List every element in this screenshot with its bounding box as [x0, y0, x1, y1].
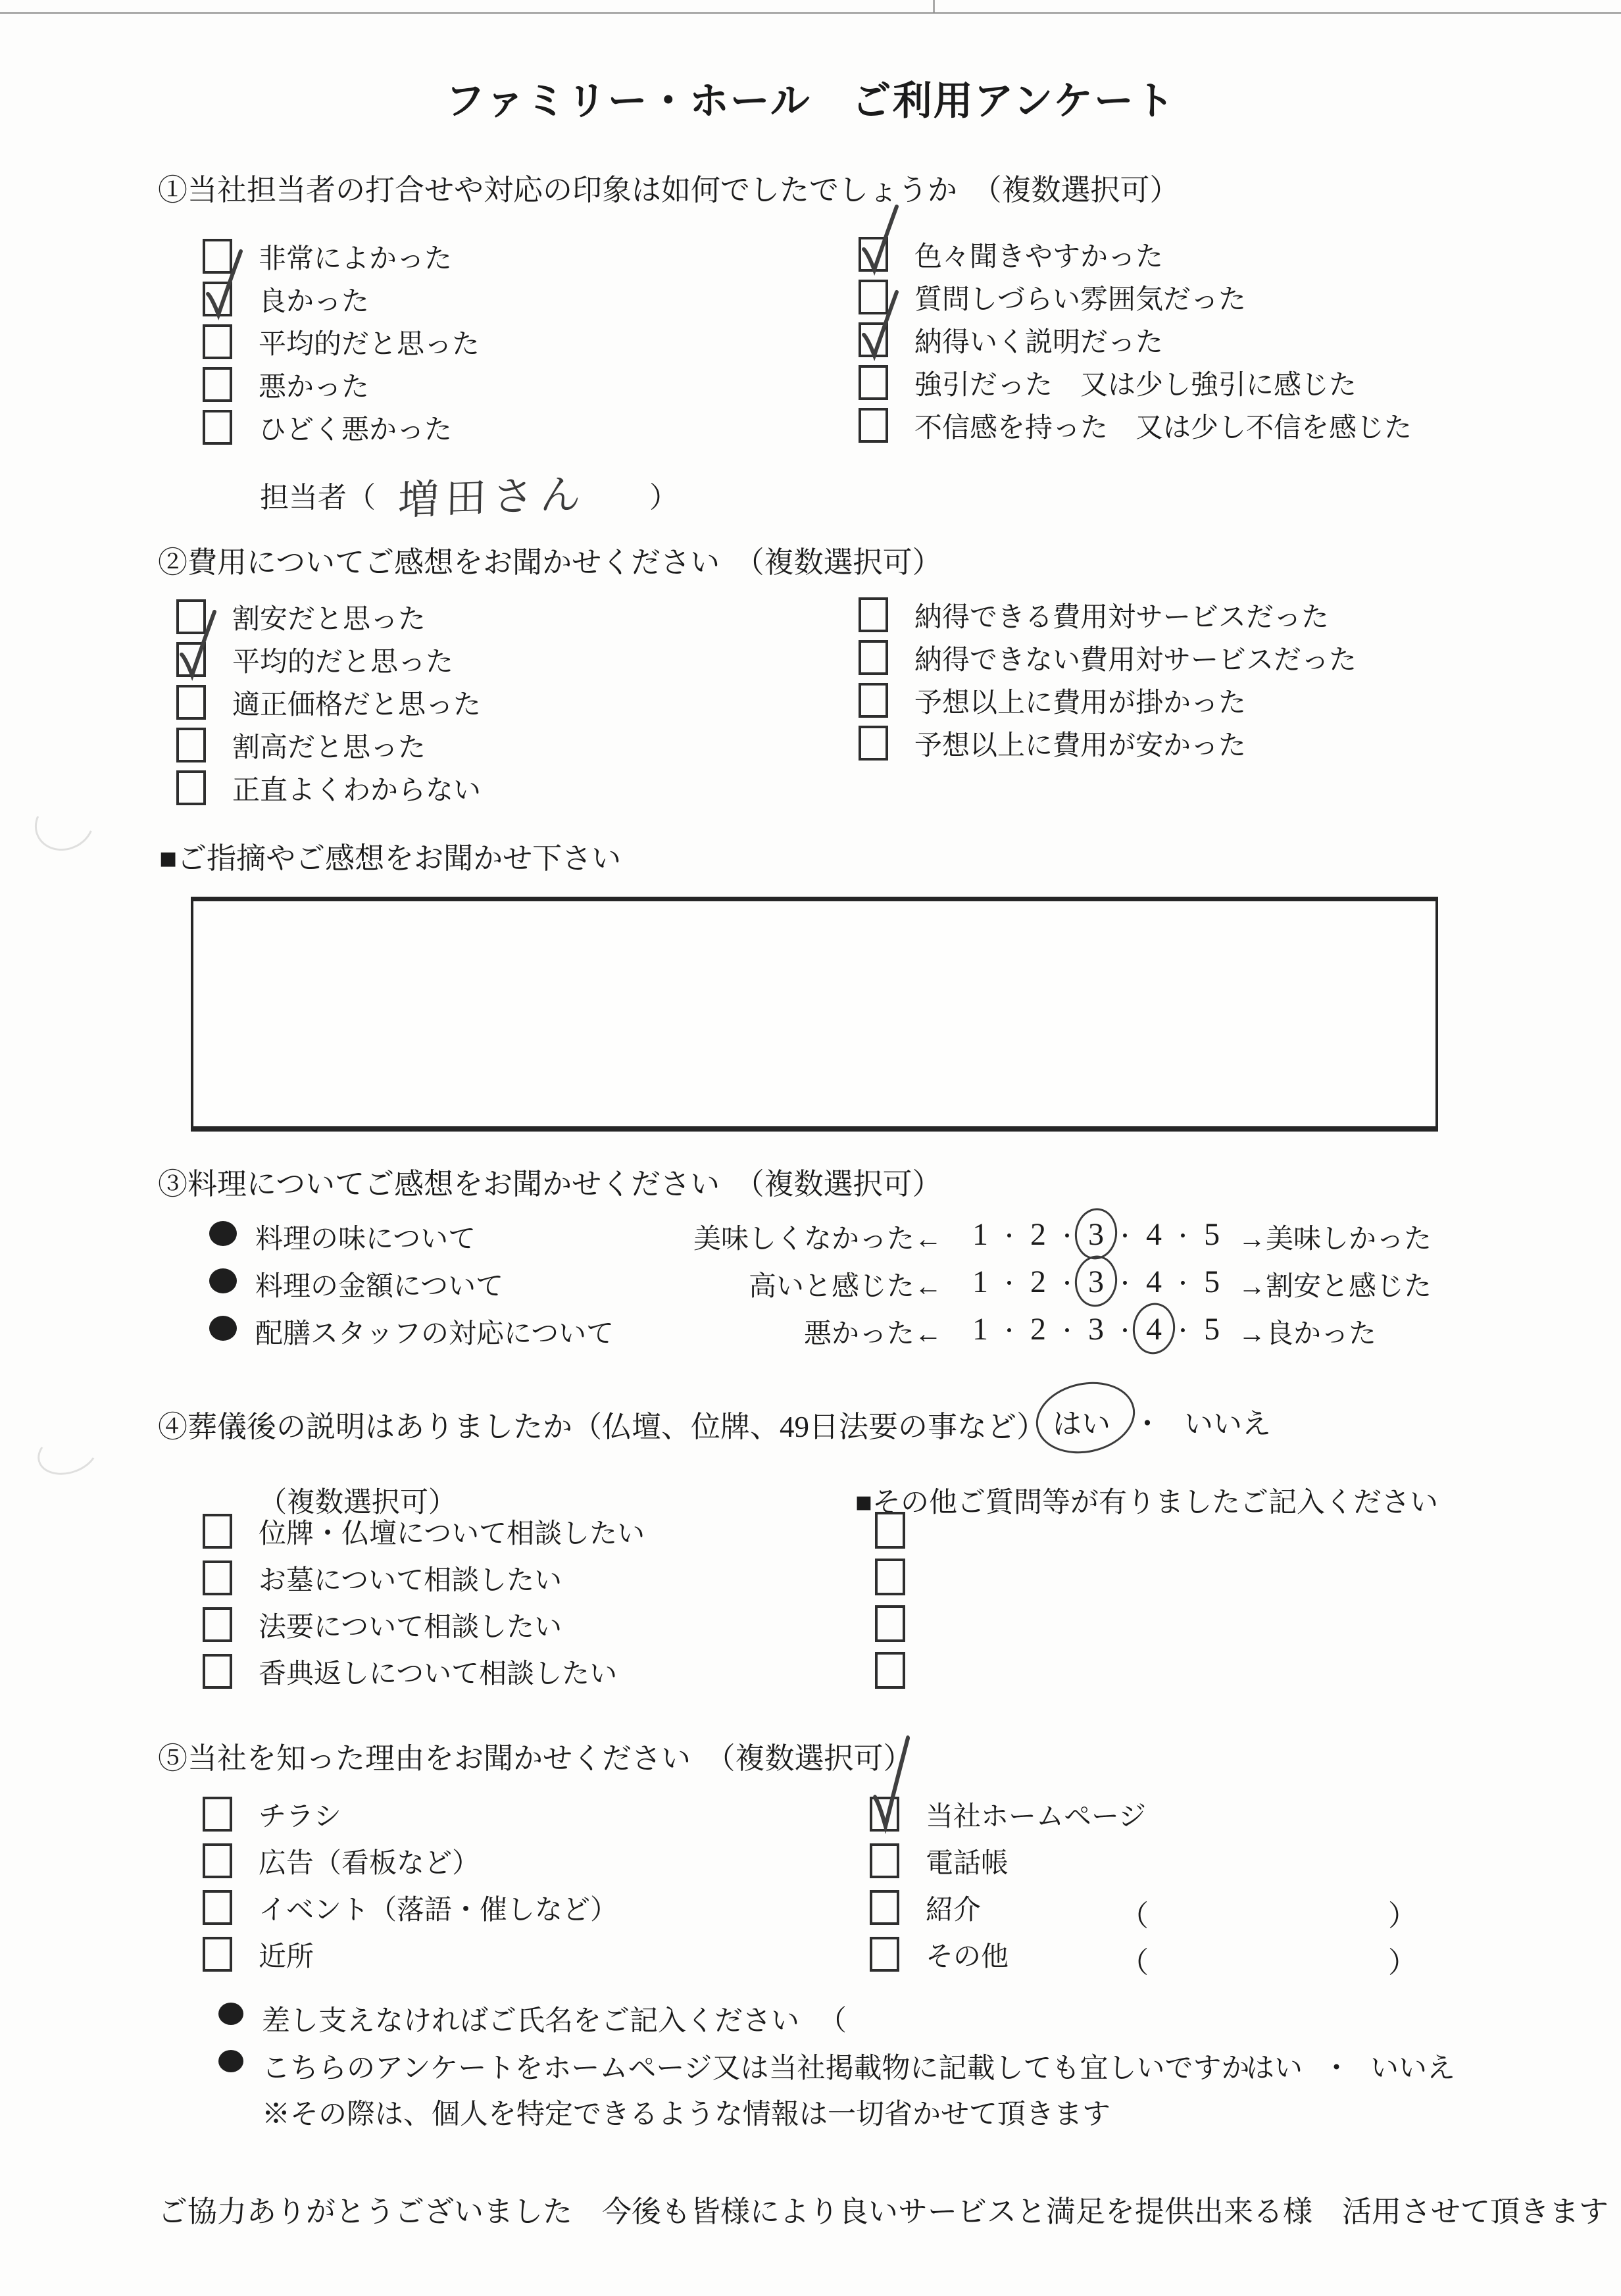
- publish-yes-option[interactable]: はい: [1246, 2046, 1303, 2086]
- option-row: 割高だと思った: [176, 724, 481, 766]
- checkbox[interactable]: [203, 1937, 232, 1972]
- rating-scale: 1・2・3・4・5: [972, 1212, 1220, 1258]
- staff-label: 担当者: [260, 482, 347, 514]
- option-row: 色々聞きやすかった: [859, 233, 1412, 276]
- handwritten-staff-name: 増田さん: [397, 461, 587, 526]
- option-label: その他: [926, 1935, 1009, 1974]
- checkbox[interactable]: [859, 237, 888, 272]
- paren-close: ）: [1388, 1892, 1417, 1934]
- rating-high-label: →美味しかった: [1238, 1217, 1432, 1257]
- comments-box[interactable]: [191, 897, 1438, 1132]
- q4-other-heading: ■その他ご質問等が有りましたご記入ください: [855, 1480, 1438, 1520]
- rating-label: 料理の味について: [255, 1217, 476, 1257]
- staff-paren-open: （: [347, 482, 376, 514]
- checkbox[interactable]: [203, 324, 232, 359]
- bullet-icon: [218, 2003, 243, 2025]
- option-label: 適正価格だと思った: [232, 683, 481, 722]
- scale-dot: ・: [1172, 1267, 1193, 1297]
- checkbox[interactable]: [176, 728, 206, 762]
- publish-consent-label: こちらのアンケートをホームページ又は当社掲載物に記載しても宜しいですか: [262, 2046, 1250, 2086]
- rating-high-label: →割安と感じた: [1238, 1264, 1432, 1304]
- checkbox[interactable]: [176, 685, 206, 720]
- q2-heading: ②費用についてご感想をお聞かせください （複数選択可）: [158, 538, 942, 581]
- option-label: 正直よくわからない: [232, 768, 481, 808]
- checkbox[interactable]: [203, 410, 232, 445]
- checkbox[interactable]: [859, 683, 888, 718]
- q5-left-options: チラシ 広告（看板など） イベント（落語・催しなど） 近所: [203, 1791, 618, 1978]
- q1-right-options: 色々聞きやすかった 質問しづらい雰囲気だった 納得いく説明だった 強引だった 又…: [859, 233, 1412, 447]
- footer-thanks: ご協力ありがとうございました 今後も皆様により良いサービスと満足を提供出来る様 …: [158, 2187, 1609, 2230]
- option-label: 位牌・仏壇について相談したい: [259, 1512, 645, 1551]
- bullet-icon: [218, 2050, 243, 2072]
- name-paren-open: （: [818, 1999, 847, 2039]
- option-row: お墓について相談したい: [203, 1555, 645, 1601]
- scale-number[interactable]: 4: [1146, 1216, 1162, 1254]
- publish-no-option[interactable]: いいえ: [1370, 2046, 1455, 2086]
- rating-high-label: →良かった: [1238, 1312, 1376, 1351]
- comments-heading: ■ご指摘やご感想をお聞かせ下さい: [159, 834, 621, 877]
- option-row: 位牌・仏壇について相談したい: [203, 1508, 645, 1555]
- scale-dot: ・: [1172, 1314, 1193, 1345]
- option-row: 予想以上に費用が掛かった: [859, 679, 1357, 722]
- checkbox[interactable]: [203, 1890, 232, 1925]
- checkbox[interactable]: [859, 365, 888, 400]
- paren-open: （: [1120, 1892, 1149, 1934]
- option-row: ひどく悪かった: [203, 406, 480, 449]
- checkbox[interactable]: [203, 1843, 232, 1878]
- option-row: 強引だった 又は少し強引に感じた: [859, 361, 1412, 404]
- option-row: 納得いく説明だった: [859, 318, 1412, 361]
- option-label: 予想以上に費用が掛かった: [914, 681, 1246, 720]
- checkmark-icon: [857, 201, 903, 279]
- option-label: ひどく悪かった: [259, 408, 452, 447]
- publish-yes-no: はい ・ いいえ: [1246, 2046, 1455, 2086]
- bullet-icon: [209, 1221, 237, 1246]
- q4-options: 位牌・仏壇について相談したい お墓について相談したい 法要について相談したい 香…: [203, 1508, 645, 1695]
- rating-row: 料理の金額について 高いと感じた← 1・2・3・4・5 →割安と感じた: [0, 1259, 1621, 1305]
- scale-number[interactable]: 5: [1204, 1310, 1220, 1349]
- scale-number[interactable]: 2: [1030, 1310, 1046, 1349]
- option-row: 当社ホームページ: [870, 1791, 1146, 1837]
- name-request-label: 差し支えなければご氏名をご記入ください: [262, 1999, 799, 2039]
- checkbox[interactable]: [203, 1654, 232, 1689]
- rating-label: 配膳スタッフの対応について: [255, 1312, 614, 1351]
- rating-label: 料理の金額について: [255, 1264, 503, 1304]
- option-label: 近所: [259, 1935, 314, 1974]
- option-label: 色々聞きやすかった: [914, 235, 1163, 274]
- option-label: チラシ: [259, 1795, 341, 1834]
- option-label: 不信感を持った 又は少し不信を感じた: [914, 406, 1412, 445]
- checkbox[interactable]: [859, 322, 888, 357]
- option-row: イベント（落語・催しなど）: [203, 1884, 618, 1931]
- scale-number[interactable]: 4: [1146, 1263, 1162, 1301]
- checkbox[interactable]: [875, 1605, 905, 1642]
- option-row: 良かった: [203, 278, 480, 320]
- checkbox[interactable]: [859, 280, 888, 314]
- option-label: 平均的だと思った: [232, 640, 453, 680]
- q4-yes-no: はい ・ いいえ: [1053, 1400, 1271, 1442]
- scanned-survey-page: ファミリー・ホール ご利用アンケート ①当社担当者の打合せや対応の印象は如何でし…: [0, 0, 1621, 2296]
- publish-separator: ・: [1322, 2046, 1351, 2086]
- checkbox[interactable]: [203, 1560, 232, 1595]
- option-label: 平均的だと思った: [259, 322, 480, 362]
- option-label: 強引だった 又は少し強引に感じた: [914, 363, 1357, 403]
- option-label: 法要について相談したい: [259, 1605, 562, 1645]
- option-label: お墓について相談したい: [259, 1559, 562, 1598]
- scale-number[interactable]: 1: [972, 1263, 988, 1301]
- staff-line[interactable]: 担当者（増田さん）: [260, 461, 678, 519]
- checkbox[interactable]: [870, 1843, 899, 1878]
- option-row: 悪かった: [203, 363, 480, 406]
- checkbox[interactable]: [870, 1890, 899, 1925]
- scan-edge-tick: [933, 0, 935, 13]
- scale-dot: ・: [999, 1220, 1020, 1250]
- option-label: 非常によかった: [259, 237, 452, 276]
- q5-right-options: 当社ホームページ 電話帳 紹介 （ ） その他 （ ）: [870, 1791, 1146, 1978]
- option-label: 悪かった: [259, 365, 369, 405]
- scale-number[interactable]: 4: [1146, 1310, 1162, 1349]
- checkbox[interactable]: [203, 1797, 232, 1832]
- checkbox[interactable]: [176, 599, 206, 634]
- scale-number[interactable]: 3: [1088, 1216, 1104, 1254]
- paren-open: （: [1120, 1939, 1149, 1981]
- checkbox[interactable]: [203, 239, 232, 274]
- q1-heading: ①当社担当者の打合せや対応の印象は如何でしたでしょうか （複数選択可）: [158, 166, 1180, 209]
- scale-number[interactable]: 2: [1030, 1216, 1046, 1254]
- scale-dot: ・: [1172, 1220, 1193, 1250]
- option-row: 香典返しについて相談したい: [203, 1648, 645, 1695]
- rating-low-label: 美味しくなかった←: [664, 1217, 942, 1257]
- scale-number[interactable]: 3: [1088, 1263, 1104, 1301]
- rating-row: 料理の味について 美味しくなかった← 1・2・3・4・5 →美味しかった: [0, 1212, 1621, 1258]
- scale-number[interactable]: 3: [1088, 1310, 1104, 1349]
- scale-number[interactable]: 5: [1204, 1216, 1220, 1254]
- checkbox[interactable]: [875, 1512, 905, 1549]
- q2-left-options: 割安だと思った 平均的だと思った 適正価格だと思った 割高だと思った 正直よくわ…: [176, 595, 481, 809]
- option-row: 割安だと思った: [176, 595, 481, 638]
- option-row: 電話帳: [870, 1837, 1146, 1884]
- staff-paren-close: ）: [649, 482, 678, 514]
- bullet-icon: [209, 1316, 237, 1341]
- option-row: 広告（看板など）: [203, 1837, 618, 1884]
- bullet-icon: [209, 1268, 237, 1293]
- checkbox[interactable]: [870, 1797, 899, 1832]
- option-label: 割安だと思った: [232, 597, 426, 637]
- rating-low-label: 高いと感じた←: [664, 1264, 942, 1304]
- q4-no-option[interactable]: いいえ: [1184, 1400, 1271, 1442]
- option-label: 納得できない費用対サービスだった: [914, 638, 1357, 678]
- scale-number[interactable]: 5: [1204, 1263, 1220, 1301]
- paren-close: ）: [1388, 1939, 1417, 1981]
- privacy-note: ※その際は、個人を特定できるような情報は一切省かせて頂きます: [262, 2092, 1110, 2132]
- name-fill-area[interactable]: [850, 1992, 1350, 2034]
- option-row: チラシ: [203, 1791, 618, 1837]
- checkbox[interactable]: [859, 640, 888, 675]
- scan-edge-line: [0, 12, 1621, 14]
- option-row: 正直よくわからない: [176, 766, 481, 809]
- checkbox[interactable]: [203, 367, 232, 402]
- q3-heading: ③料理についてご感想をお聞かせください （複数選択可）: [158, 1160, 942, 1203]
- q2-right-options: 納得できる費用対サービスだった 納得できない費用対サービスだった 予想以上に費用…: [859, 593, 1357, 764]
- option-label: 当社ホームページ: [926, 1795, 1146, 1834]
- scale-dot: ・: [1114, 1267, 1135, 1297]
- option-row: 近所: [203, 1931, 618, 1978]
- scale-number[interactable]: 1: [972, 1216, 988, 1254]
- checkbox[interactable]: [859, 597, 888, 632]
- option-row: 不信感を持った 又は少し不信を感じた: [859, 404, 1412, 447]
- rating-row: 配膳スタッフの対応について 悪かった← 1・2・3・4・5 →良かった: [0, 1307, 1621, 1353]
- q5-heading: ⑤当社を知った理由をお聞かせください （複数選択可）: [158, 1734, 913, 1777]
- scale-number[interactable]: 2: [1030, 1263, 1046, 1301]
- option-label: イベント（落語・催しなど）: [259, 1888, 618, 1928]
- option-row: 法要について相談したい: [203, 1601, 645, 1648]
- option-row: 紹介 （ ）: [870, 1884, 1146, 1931]
- checkbox[interactable]: [859, 726, 888, 761]
- rating-scale: 1・2・3・4・5: [972, 1307, 1220, 1353]
- option-row: 納得できない費用対サービスだった: [859, 636, 1357, 679]
- rating-low-label: 悪かった←: [664, 1312, 942, 1351]
- q4-heading: ④葬儀後の説明はありましたか（仏壇、位牌、49日法要の事など）: [158, 1403, 1046, 1445]
- option-row: 非常によかった: [203, 235, 480, 278]
- option-row: 適正価格だと思った: [176, 681, 481, 724]
- checkbox[interactable]: [203, 1607, 232, 1642]
- scale-dot: ・: [1114, 1220, 1135, 1250]
- option-row: 納得できる費用対サービスだった: [859, 593, 1357, 636]
- q4-separator: ・: [1133, 1400, 1162, 1442]
- handwritten-circle: [1030, 1373, 1142, 1462]
- checkbox[interactable]: [176, 770, 206, 805]
- page-title: ファミリー・ホール ご利用アンケート: [0, 70, 1621, 126]
- q1-left-options: 非常によかった 良かった 平均的だと思った 悪かった ひどく悪かった: [203, 235, 480, 449]
- option-label: 紹介: [926, 1888, 981, 1928]
- option-label: 予想以上に費用が安かった: [914, 724, 1246, 763]
- option-label: 納得いく説明だった: [914, 320, 1163, 360]
- checkbox[interactable]: [875, 1559, 905, 1595]
- option-row: 平均的だと思った: [203, 320, 480, 363]
- checkbox[interactable]: [875, 1652, 905, 1689]
- option-label: 広告（看板など）: [259, 1841, 480, 1881]
- option-label: 割高だと思った: [232, 726, 426, 765]
- q4-other-checkboxes: [875, 1512, 905, 1699]
- option-row: その他 （ ）: [870, 1931, 1146, 1978]
- scan-smudge-arc: [26, 787, 103, 861]
- option-row: 質問しづらい雰囲気だった: [859, 276, 1412, 318]
- option-row: 平均的だと思った: [176, 638, 481, 681]
- option-label: 電話帳: [926, 1841, 1009, 1881]
- rating-scale: 1・2・3・4・5: [972, 1259, 1220, 1305]
- option-row: 予想以上に費用が安かった: [859, 722, 1357, 764]
- scale-number[interactable]: 1: [972, 1310, 988, 1349]
- scale-dot: ・: [1057, 1314, 1078, 1345]
- checkbox[interactable]: [203, 282, 232, 316]
- checkbox[interactable]: [870, 1937, 899, 1972]
- checkbox[interactable]: [859, 408, 888, 443]
- option-label: 納得できる費用対サービスだった: [914, 595, 1329, 635]
- option-label: 香典返しについて相談したい: [259, 1652, 617, 1691]
- scale-dot: ・: [999, 1267, 1020, 1297]
- checkbox[interactable]: [176, 642, 206, 677]
- option-label: 質問しづらい雰囲気だった: [914, 278, 1246, 317]
- option-label: 良かった: [259, 280, 369, 319]
- scale-dot: ・: [999, 1314, 1020, 1345]
- scan-smudge-arc: [32, 1423, 103, 1482]
- checkbox[interactable]: [203, 1514, 232, 1549]
